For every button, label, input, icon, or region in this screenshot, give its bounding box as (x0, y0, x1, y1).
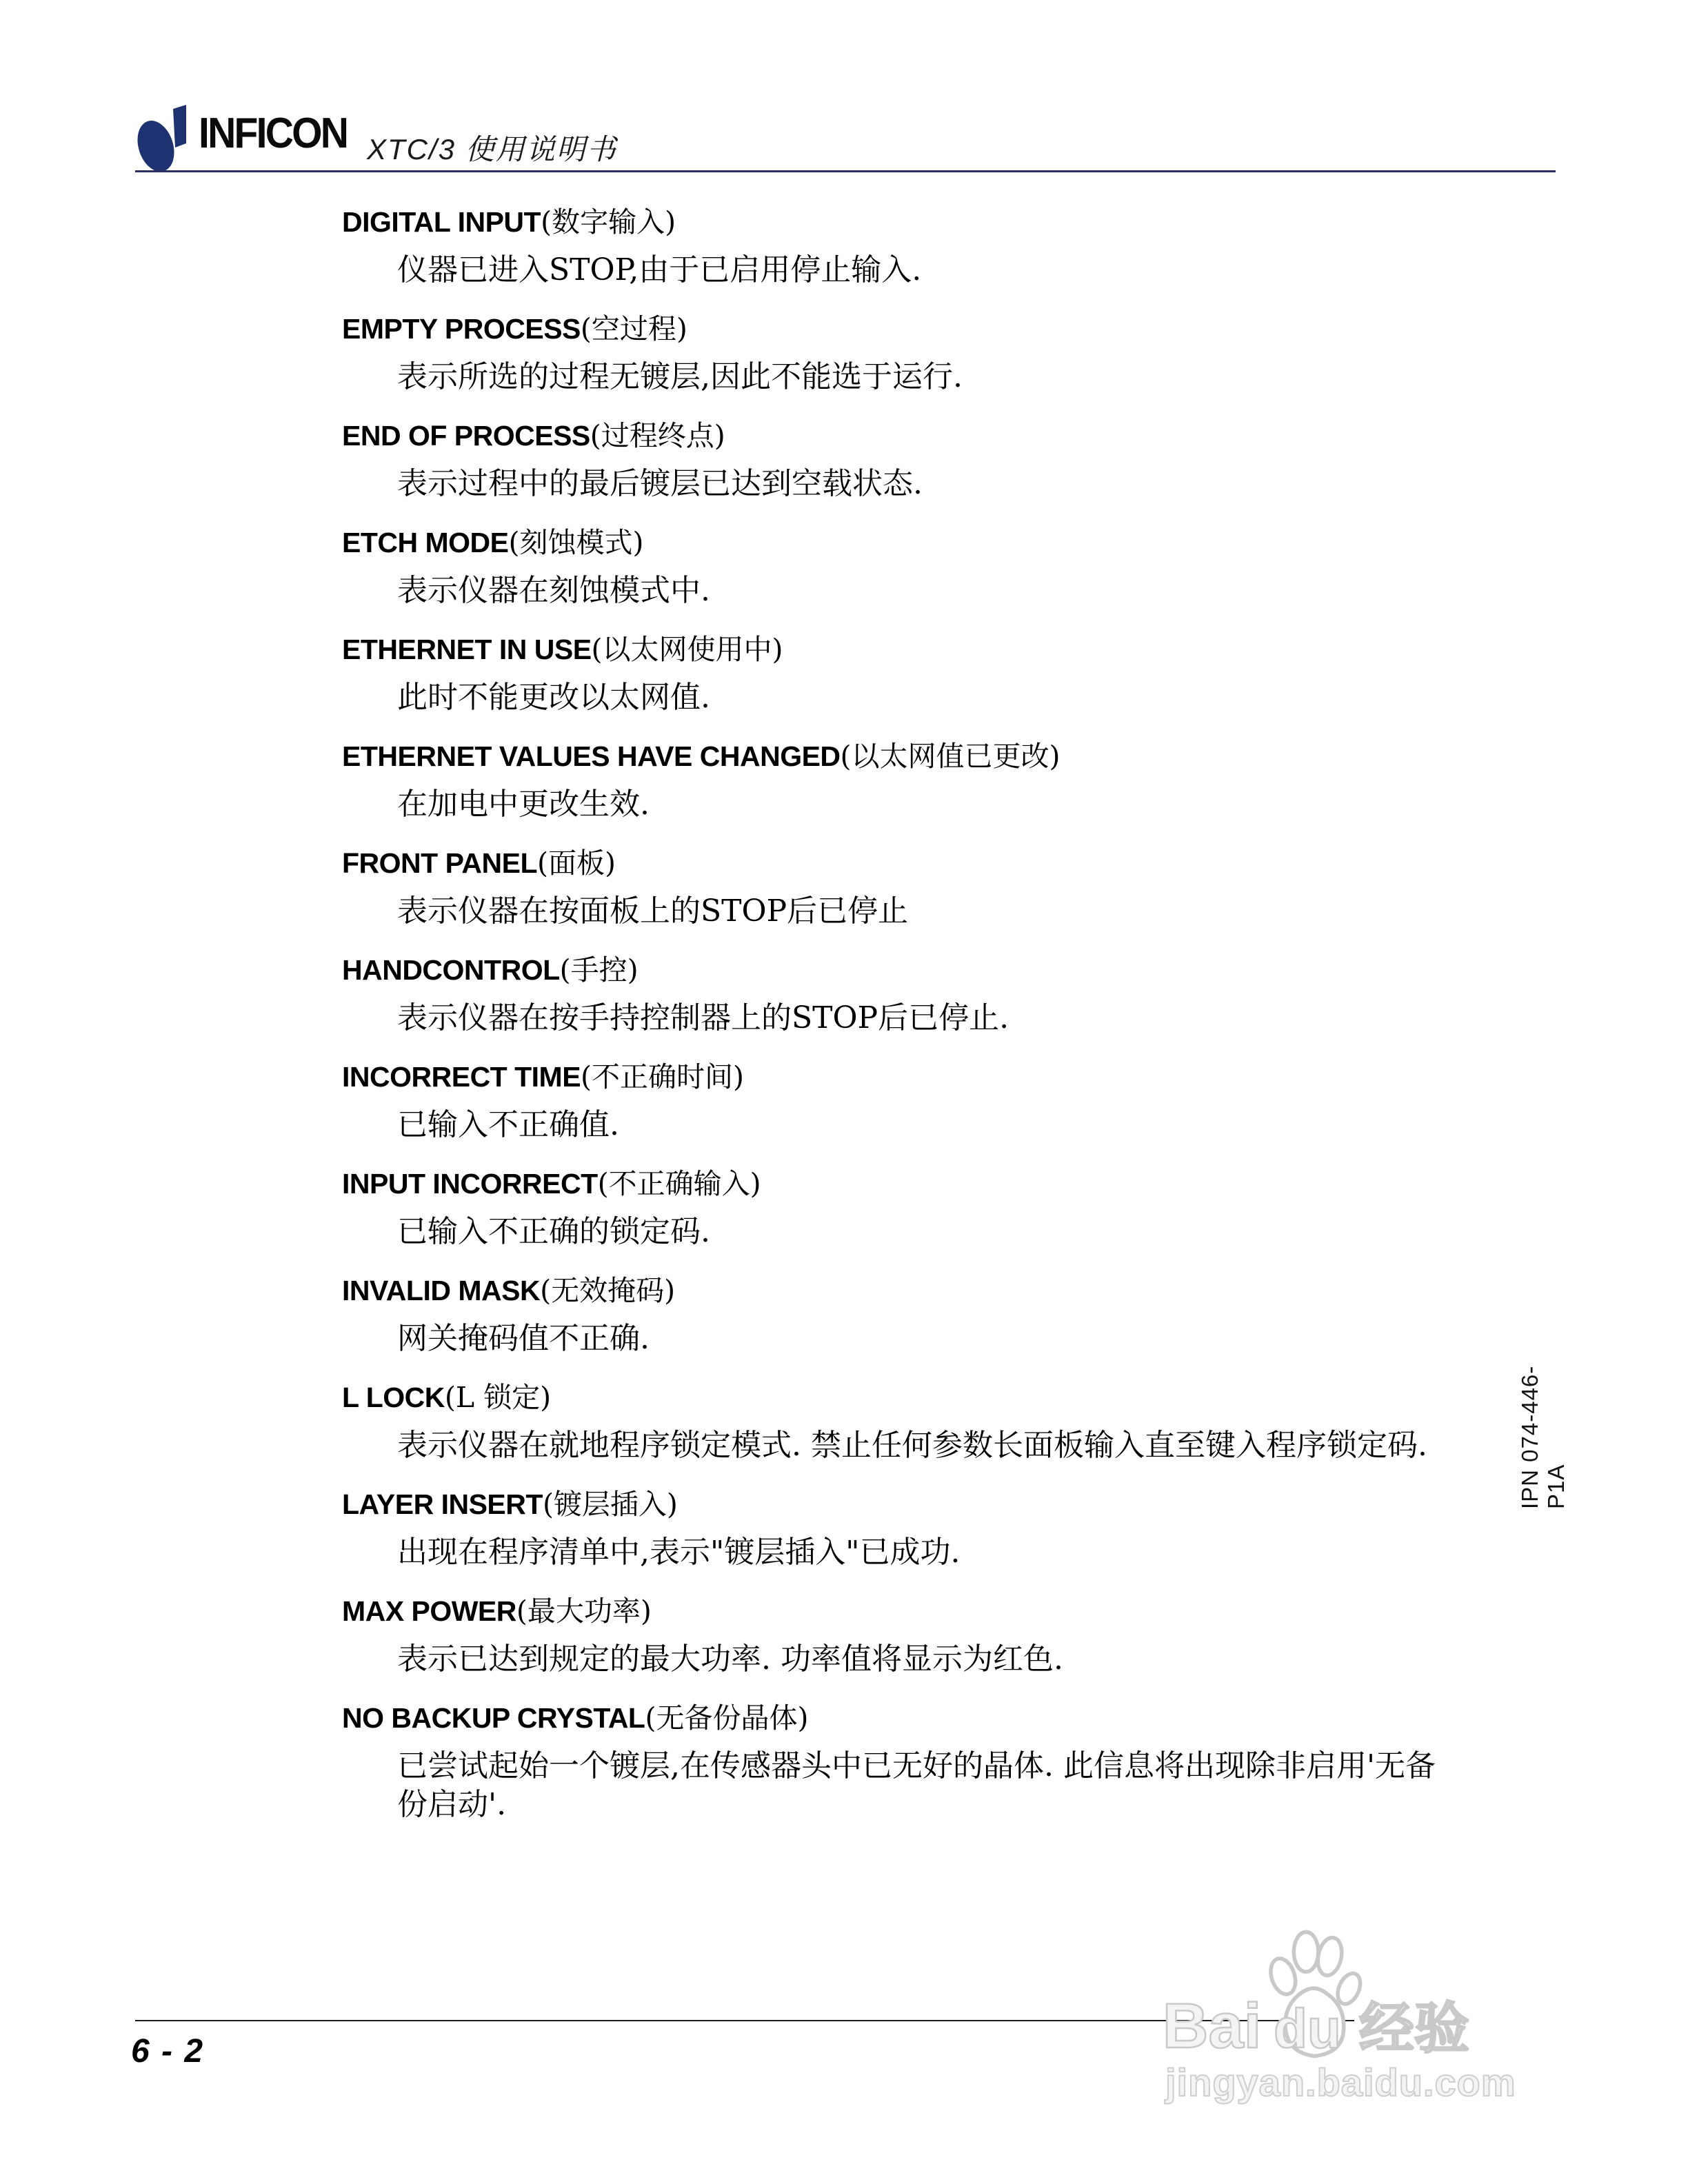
glossary-term: INCORRECT TIME(不正确时间) (342, 1059, 1459, 1102)
glossary-term-chinese: (过程终点) (590, 419, 725, 452)
glossary-entry: END OF PROCESS(过程终点) 表示过程中的最后镀层已达到空载状态. (342, 418, 1459, 503)
glossary-term-chinese: (不正确输入) (598, 1167, 761, 1200)
glossary-term-english: FRONT PANEL (342, 847, 537, 879)
glossary-term: MAX POWER(最大功率) (342, 1593, 1459, 1636)
glossary-term-english: ETHERNET VALUES HAVE CHANGED (342, 740, 841, 772)
glossary-term-chinese: (以太网使用中) (592, 633, 783, 666)
glossary-entry: ETCH MODE(刻蚀模式) 表示仪器在刻蚀模式中. (342, 525, 1459, 610)
glossary-entry: FRONT PANEL(面板) 表示仪器在按面板上的STOP后已停止 (342, 845, 1459, 931)
glossary-description: 表示仪器在刻蚀模式中. (397, 572, 1463, 610)
glossary-term-english: DIGITAL INPUT (342, 206, 541, 238)
watermark-url-text: jingyan.baidu.com (1165, 2060, 1516, 2105)
glossary-description: 仪器已进入STOP,由于已启用停止输入. (397, 251, 1463, 290)
glossary-term-chinese: (L 锁定) (445, 1381, 551, 1414)
glossary-entry: DIGITAL INPUT(数字输入) 仪器已进入STOP,由于已启用停止输入. (342, 204, 1459, 290)
glossary-term: FRONT PANEL(面板) (342, 845, 1459, 888)
glossary-description: 出现在程序清单中,表示"镀层插入"已成功. (397, 1533, 1463, 1572)
glossary-term-english: INCORRECT TIME (342, 1061, 581, 1093)
glossary-term-english: HANDCONTROL (342, 954, 560, 986)
inficon-logo: INFICON (135, 103, 360, 176)
glossary-list: DIGITAL INPUT(数字输入) 仪器已进入STOP,由于已启用停止输入.… (342, 204, 1459, 1846)
glossary-term: DIGITAL INPUT(数字输入) (342, 204, 1459, 247)
glossary-entry: NO BACKUP CRYSTAL(无备份晶体) 已尝试起始一个镀层,在传感器头… (342, 1700, 1459, 1824)
glossary-entry: L LOCK(L 锁定) 表示仪器在就地程序锁定模式. 禁止任何参数长面板输入直… (342, 1379, 1459, 1465)
glossary-term-chinese: (以太网值已更改) (841, 740, 1061, 773)
glossary-description: 网关掩码值不正确. (397, 1319, 1463, 1358)
manual-page: INFICON XTC/3 使用说明书 DIGITAL INPUT(数字输入) … (0, 0, 1688, 2184)
header-rule (135, 170, 1556, 172)
glossary-term-english: MAX POWER (342, 1595, 516, 1627)
glossary-term-english: END OF PROCESS (342, 420, 590, 452)
glossary-term-chinese: (空过程) (581, 312, 687, 345)
glossary-term-english: INPUT INCORRECT (342, 1168, 598, 1200)
glossary-term-chinese: (不正确时间) (581, 1060, 744, 1093)
glossary-term: INPUT INCORRECT(不正确输入) (342, 1166, 1459, 1209)
glossary-term-chinese: (刻蚀模式) (509, 526, 644, 559)
glossary-term-english: ETCH MODE (342, 527, 509, 558)
glossary-description: 表示过程中的最后镀层已达到空载状态. (397, 465, 1463, 503)
inficon-logo-wordmark: INFICON (199, 109, 347, 158)
glossary-term: LAYER INSERT(镀层插入) (342, 1486, 1459, 1529)
glossary-term: L LOCK(L 锁定) (342, 1379, 1459, 1422)
glossary-term: EMPTY PROCESS(空过程) (342, 311, 1459, 354)
page-number: 6 - 2 (131, 2032, 204, 2070)
glossary-description: 在加电中更改生效. (397, 785, 1463, 824)
glossary-term-chinese: (最大功率) (516, 1595, 652, 1628)
glossary-entry: ETHERNET VALUES HAVE CHANGED(以太网值已更改) 在加… (342, 738, 1459, 824)
glossary-term-english: NO BACKUP CRYSTAL (342, 1702, 645, 1734)
inficon-logo-icon (135, 103, 194, 176)
glossary-term-chinese: (面板) (537, 847, 616, 880)
watermark-du-text: du (1274, 1997, 1341, 2061)
baidu-watermark-brand: Bai du 经验 (1163, 1984, 1469, 2063)
glossary-term-english: EMPTY PROCESS (342, 313, 581, 345)
watermark-bai-text: Bai (1163, 1990, 1261, 2063)
glossary-term: NO BACKUP CRYSTAL(无备份晶体) (342, 1700, 1459, 1743)
watermark-jingyan-text: 经验 (1359, 1984, 1469, 2063)
glossary-description: 表示仪器在就地程序锁定模式. 禁止任何参数长面板输入直至键入程序锁定码. (397, 1426, 1463, 1465)
glossary-term-english: LAYER INSERT (342, 1488, 543, 1520)
glossary-description: 已尝试起始一个镀层,在传感器头中已无好的晶体. 此信息将出现除非启用'无备份启动… (397, 1747, 1463, 1824)
glossary-description: 已输入不正确值. (397, 1106, 1463, 1144)
glossary-entry: INCORRECT TIME(不正确时间) 已输入不正确值. (342, 1059, 1459, 1144)
glossary-term-chinese: (镀层插入) (543, 1488, 678, 1521)
glossary-term-chinese: (无效掩码) (540, 1274, 675, 1307)
glossary-entry: MAX POWER(最大功率) 表示已达到规定的最大功率. 功率值将显示为红色. (342, 1593, 1459, 1679)
glossary-entry: INVALID MASK(无效掩码) 网关掩码值不正确. (342, 1273, 1459, 1358)
glossary-term: ETHERNET VALUES HAVE CHANGED(以太网值已更改) (342, 738, 1459, 781)
glossary-term-chinese: (无备份晶体) (645, 1701, 808, 1735)
glossary-term: END OF PROCESS(过程终点) (342, 418, 1459, 461)
glossary-description: 已输入不正确的锁定码. (397, 1213, 1463, 1251)
glossary-description: 表示仪器在按面板上的STOP后已停止 (397, 892, 1463, 931)
glossary-entry: LAYER INSERT(镀层插入) 出现在程序清单中,表示"镀层插入"已成功. (342, 1486, 1459, 1572)
glossary-entry: ETHERNET IN USE(以太网使用中) 此时不能更改以太网值. (342, 631, 1459, 717)
document-title: XTC/3 使用说明书 (367, 127, 617, 168)
glossary-term-chinese: (手控) (560, 953, 639, 987)
glossary-term-english: ETHERNET IN USE (342, 634, 592, 665)
glossary-term-chinese: (数字输入) (541, 205, 676, 239)
glossary-description: 表示仪器在按手持控制器上的STOP后已停止. (397, 999, 1463, 1038)
glossary-term-english: L LOCK (342, 1382, 445, 1413)
glossary-entry: HANDCONTROL(手控) 表示仪器在按手持控制器上的STOP后已停止. (342, 952, 1459, 1038)
glossary-description: 表示已达到规定的最大功率. 功率值将显示为红色. (397, 1640, 1463, 1679)
glossary-description: 表示所选的过程无镀层,因此不能选于运行. (397, 358, 1463, 396)
glossary-term: ETCH MODE(刻蚀模式) (342, 525, 1459, 567)
glossary-term: ETHERNET IN USE(以太网使用中) (342, 631, 1459, 674)
glossary-description: 此时不能更改以太网值. (397, 678, 1463, 717)
glossary-entry: EMPTY PROCESS(空过程) 表示所选的过程无镀层,因此不能选于运行. (342, 311, 1459, 396)
glossary-entry: INPUT INCORRECT(不正确输入) 已输入不正确的锁定码. (342, 1166, 1459, 1251)
glossary-term: INVALID MASK(无效掩码) (342, 1273, 1459, 1315)
glossary-term-english: INVALID MASK (342, 1275, 540, 1306)
ipn-part-number: IPN 074-446-P1A (1517, 1361, 1569, 1509)
glossary-term: HANDCONTROL(手控) (342, 952, 1459, 995)
